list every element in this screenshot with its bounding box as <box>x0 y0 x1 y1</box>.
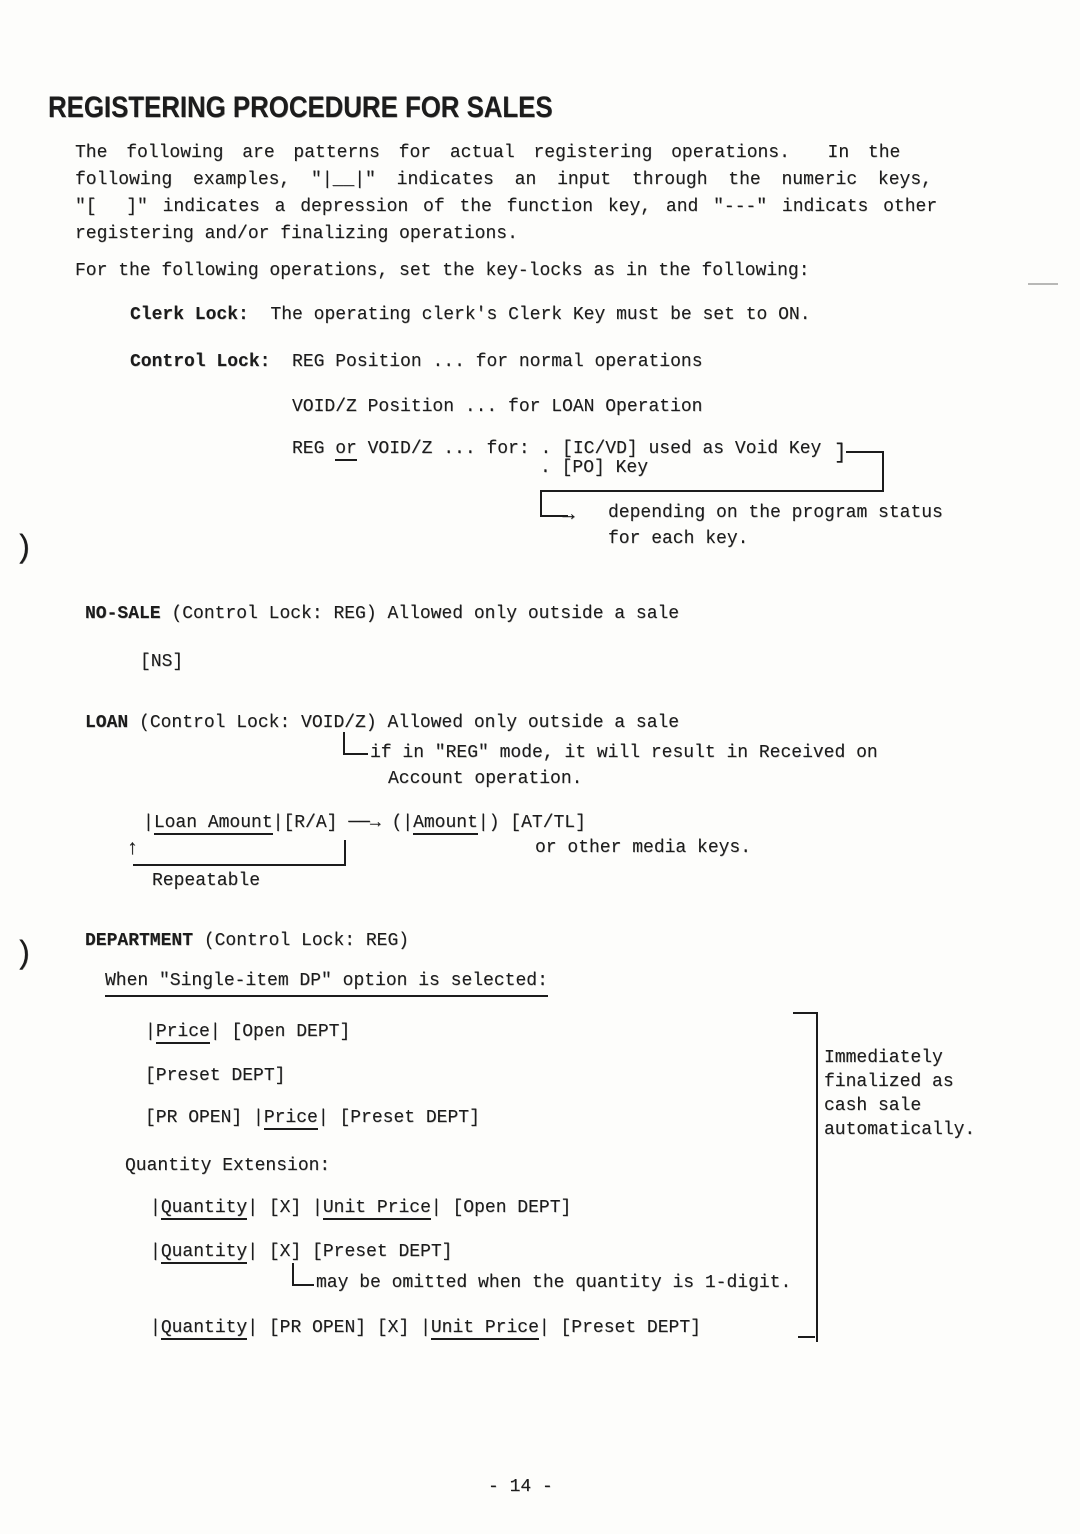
dept-row: |Price| [Open DEPT] <box>145 1022 350 1043</box>
omit-note-line-horizontal <box>292 1284 314 1286</box>
single-item-heading: When "Single-item DP" option is selected… <box>105 971 548 997</box>
omit-note: may be omitted when the quantity is 1-di… <box>316 1273 791 1294</box>
close-bracket-glyph: ] <box>834 443 847 464</box>
side-note-line: finalized as <box>824 1072 954 1093</box>
intro-line-3: "[ ]" indicates a depression of the func… <box>75 197 937 218</box>
side-bracket-vertical <box>816 1012 818 1342</box>
clerk-lock-line: Clerk Lock: The operating clerk's Clerk … <box>130 305 811 326</box>
arrow-up-icon: ↑ <box>126 839 139 860</box>
loan-formula: |Loan Amount|[R/A] ──→ (|Amount|) [AT/TL… <box>143 813 586 834</box>
department-heading: DEPARTMENT (Control Lock: REG) <box>85 931 409 952</box>
dept-row: [Preset DEPT] <box>145 1066 285 1087</box>
margin-mark: ) <box>14 944 33 965</box>
omit-note-line-vertical <box>292 1263 294 1286</box>
side-note-line: automatically. <box>824 1120 975 1141</box>
side-bracket-top <box>793 1012 818 1014</box>
loan-media-note: or other media keys. <box>535 838 751 859</box>
quantity-row: |Quantity| [X] |Unit Price| [Open DEPT] <box>150 1198 571 1219</box>
scan-artifact-line <box>1028 283 1058 285</box>
page-number: - 14 - <box>488 1477 553 1498</box>
bracket-line-right <box>882 451 884 492</box>
void-position-line: VOID/Z Position ... for LOAN Operation <box>292 397 702 418</box>
control-lock-line: Control Lock: REG Position ... for norma… <box>130 352 703 373</box>
repeat-line-horizontal <box>133 864 346 866</box>
document-page: REGISTERING PROCEDURE FOR SALES The foll… <box>0 0 1080 1534</box>
quantity-row: |Quantity| [X] [Preset DEPT] <box>150 1242 452 1263</box>
intro-line-1: The following are patterns for actual re… <box>75 143 900 164</box>
loan-note-line-vertical <box>343 732 345 755</box>
arrow-right-icon: → <box>562 505 575 526</box>
bracket-line-top <box>846 451 884 453</box>
intro-line-4: registering and/or finalizing operations… <box>75 224 518 245</box>
quantity-heading: Quantity Extension: <box>125 1156 330 1177</box>
depending-line-1: depending on the program status <box>608 503 943 524</box>
depending-line-2: for each key. <box>608 529 748 550</box>
bracket-line-long <box>540 490 884 492</box>
loan-note-line-1: if in "REG" mode, it will result in Rece… <box>370 743 878 764</box>
margin-mark: ) <box>14 538 33 559</box>
no-sale-heading: NO-SALE (Control Lock: REG) Allowed only… <box>85 604 679 625</box>
keylock-note: For the following operations, set the ke… <box>75 261 810 282</box>
dept-row: [PR OPEN] |Price| [Preset DEPT] <box>145 1108 480 1129</box>
repeat-line-vertical <box>344 840 346 866</box>
bracket-line-drop <box>540 490 542 517</box>
loan-heading: LOAN (Control Lock: VOID/Z) Allowed only… <box>85 713 679 734</box>
side-note-line: cash sale <box>824 1096 921 1117</box>
po-key-line: . [PO] Key <box>540 458 648 479</box>
regvoid-line: REG or VOID/Z ... for: . [IC/VD] used as… <box>292 439 821 460</box>
page-title: REGISTERING PROCEDURE FOR SALES <box>48 97 553 118</box>
loan-note-line-2: Account operation. <box>388 769 582 790</box>
repeatable-label: Repeatable <box>152 871 260 892</box>
no-sale-key: [NS] <box>140 652 183 673</box>
loan-note-line-horizontal <box>343 753 368 755</box>
quantity-row: |Quantity| [PR OPEN] [X] |Unit Price| [P… <box>150 1318 701 1339</box>
side-note-line: Immediately <box>824 1048 943 1069</box>
intro-line-2: following examples, "|__|" indicates an … <box>75 170 932 191</box>
side-bracket-bottom-dash <box>798 1336 815 1338</box>
